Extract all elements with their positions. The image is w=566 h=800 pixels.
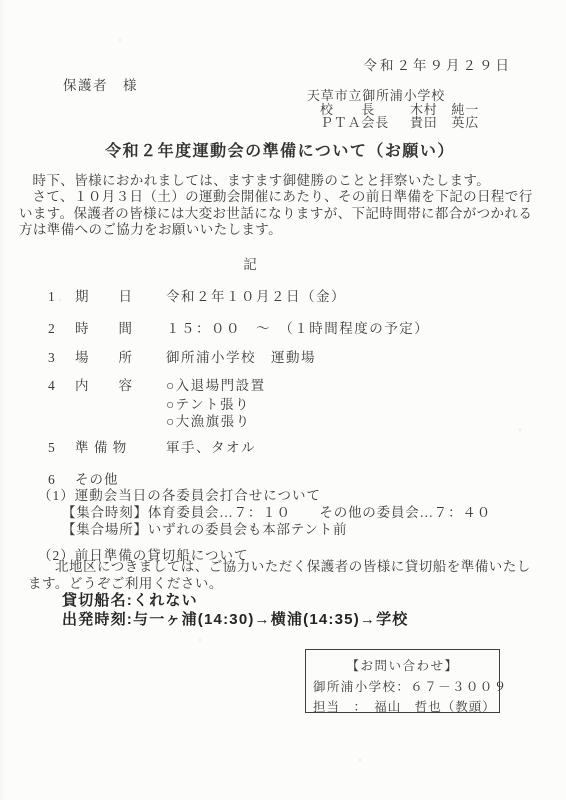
item-value: ○入退場門設置 xyxy=(166,378,266,393)
item-value: １５：００ ～ （１時間程度の予定） xyxy=(166,321,429,336)
sender-row-pta: ＰＴＡ会長貴田 英広 xyxy=(307,116,479,130)
item-value: 令和２年１０月２日（金） xyxy=(166,289,346,304)
item-number: 4 xyxy=(48,378,75,394)
greeting-paragraph: 時下、皆様におかれましては、ますます御健勝のことと拝察いたします。 xyxy=(19,173,540,189)
principal-label: 校 長 xyxy=(320,103,410,117)
item-number: 1 xyxy=(48,289,75,305)
item-row-contents: 4内 容○入退場門設置 xyxy=(48,374,266,394)
item-row-supplies: 5準 備 物軍手、タオル xyxy=(48,436,256,456)
item-row-time: 2時 間１５：００ ～ （１時間程度の予定） xyxy=(48,317,429,337)
record-marker: 記 xyxy=(0,253,500,273)
document-title: 令和２年度運動会の準備について（お願い） xyxy=(0,138,560,161)
item-row-place: 3場 所御所浦小学校 運動場 xyxy=(48,346,316,366)
item-number: 3 xyxy=(48,350,75,366)
pta-label: ＰＴＡ会長 xyxy=(320,116,410,130)
sender-row-principal: 校 長木村 純一 xyxy=(307,103,479,117)
item-label: 内 容 xyxy=(75,374,166,394)
departure-time-line: 出発時刻:与一ヶ浦(14:30)→横浦(14:35)→学校 xyxy=(62,608,409,629)
item-label: 場 所 xyxy=(75,346,166,366)
document-date: 令和２年９月２９日 xyxy=(364,54,513,74)
item-value: 御所浦小学校 運動場 xyxy=(166,350,316,365)
item-value: 軍手、タオル xyxy=(166,440,256,455)
contact-person-line: 担当 ： 福山 哲也（教頭） xyxy=(313,697,499,715)
charter-boat-paragraph: 北地区につきましては、ご協力いただく保護者の皆様に貸切船を準備いたします。どうぞ… xyxy=(28,559,533,592)
item-row-date: 1期 日令和２年１０月２日（金） xyxy=(48,285,346,305)
meeting-place-line: 【集合場所】いずれの委員会も本部テント前 xyxy=(62,518,347,538)
sender-block: 天草市立御所浦小学校 校 長木村 純一 ＰＴＡ会長貴田 英広 xyxy=(307,89,479,130)
body-paragraph: さて、１０月３日（土）の運動会開催にあたり、その前日準備を下記の日程で行います。… xyxy=(19,189,540,238)
recipient-line: 保護者 様 xyxy=(63,74,138,94)
item-number: 2 xyxy=(48,321,75,337)
sender-school: 天草市立御所浦小学校 xyxy=(307,89,479,103)
contact-heading: 【お問い合わせ】 xyxy=(306,656,499,674)
item-subvalue-flag: ○大漁旗張り xyxy=(166,410,251,430)
item-label: 時 間 xyxy=(75,317,166,337)
contact-box: 【お問い合わせ】 御所浦小学校：６７－３００９ 担当 ： 福山 哲也（教頭） xyxy=(305,649,500,713)
contact-phone-line: 御所浦小学校：６７－３００９ xyxy=(313,677,499,695)
item-label: 準 備 物 xyxy=(75,436,166,456)
intro-paragraphs: 時下、皆様におかれましては、ますます御健勝のことと拝察いたします。 さて、１０月… xyxy=(19,173,540,239)
pta-name: 貴田 英広 xyxy=(410,115,479,130)
scanned-document-page: 令和２年９月２９日 保護者 様 天草市立御所浦小学校 校 長木村 純一 ＰＴＡ会… xyxy=(0,0,566,800)
item-number: 5 xyxy=(48,440,75,456)
boat-name-line: 貸切船名:くれない xyxy=(62,589,198,610)
item-label: 期 日 xyxy=(75,285,166,305)
